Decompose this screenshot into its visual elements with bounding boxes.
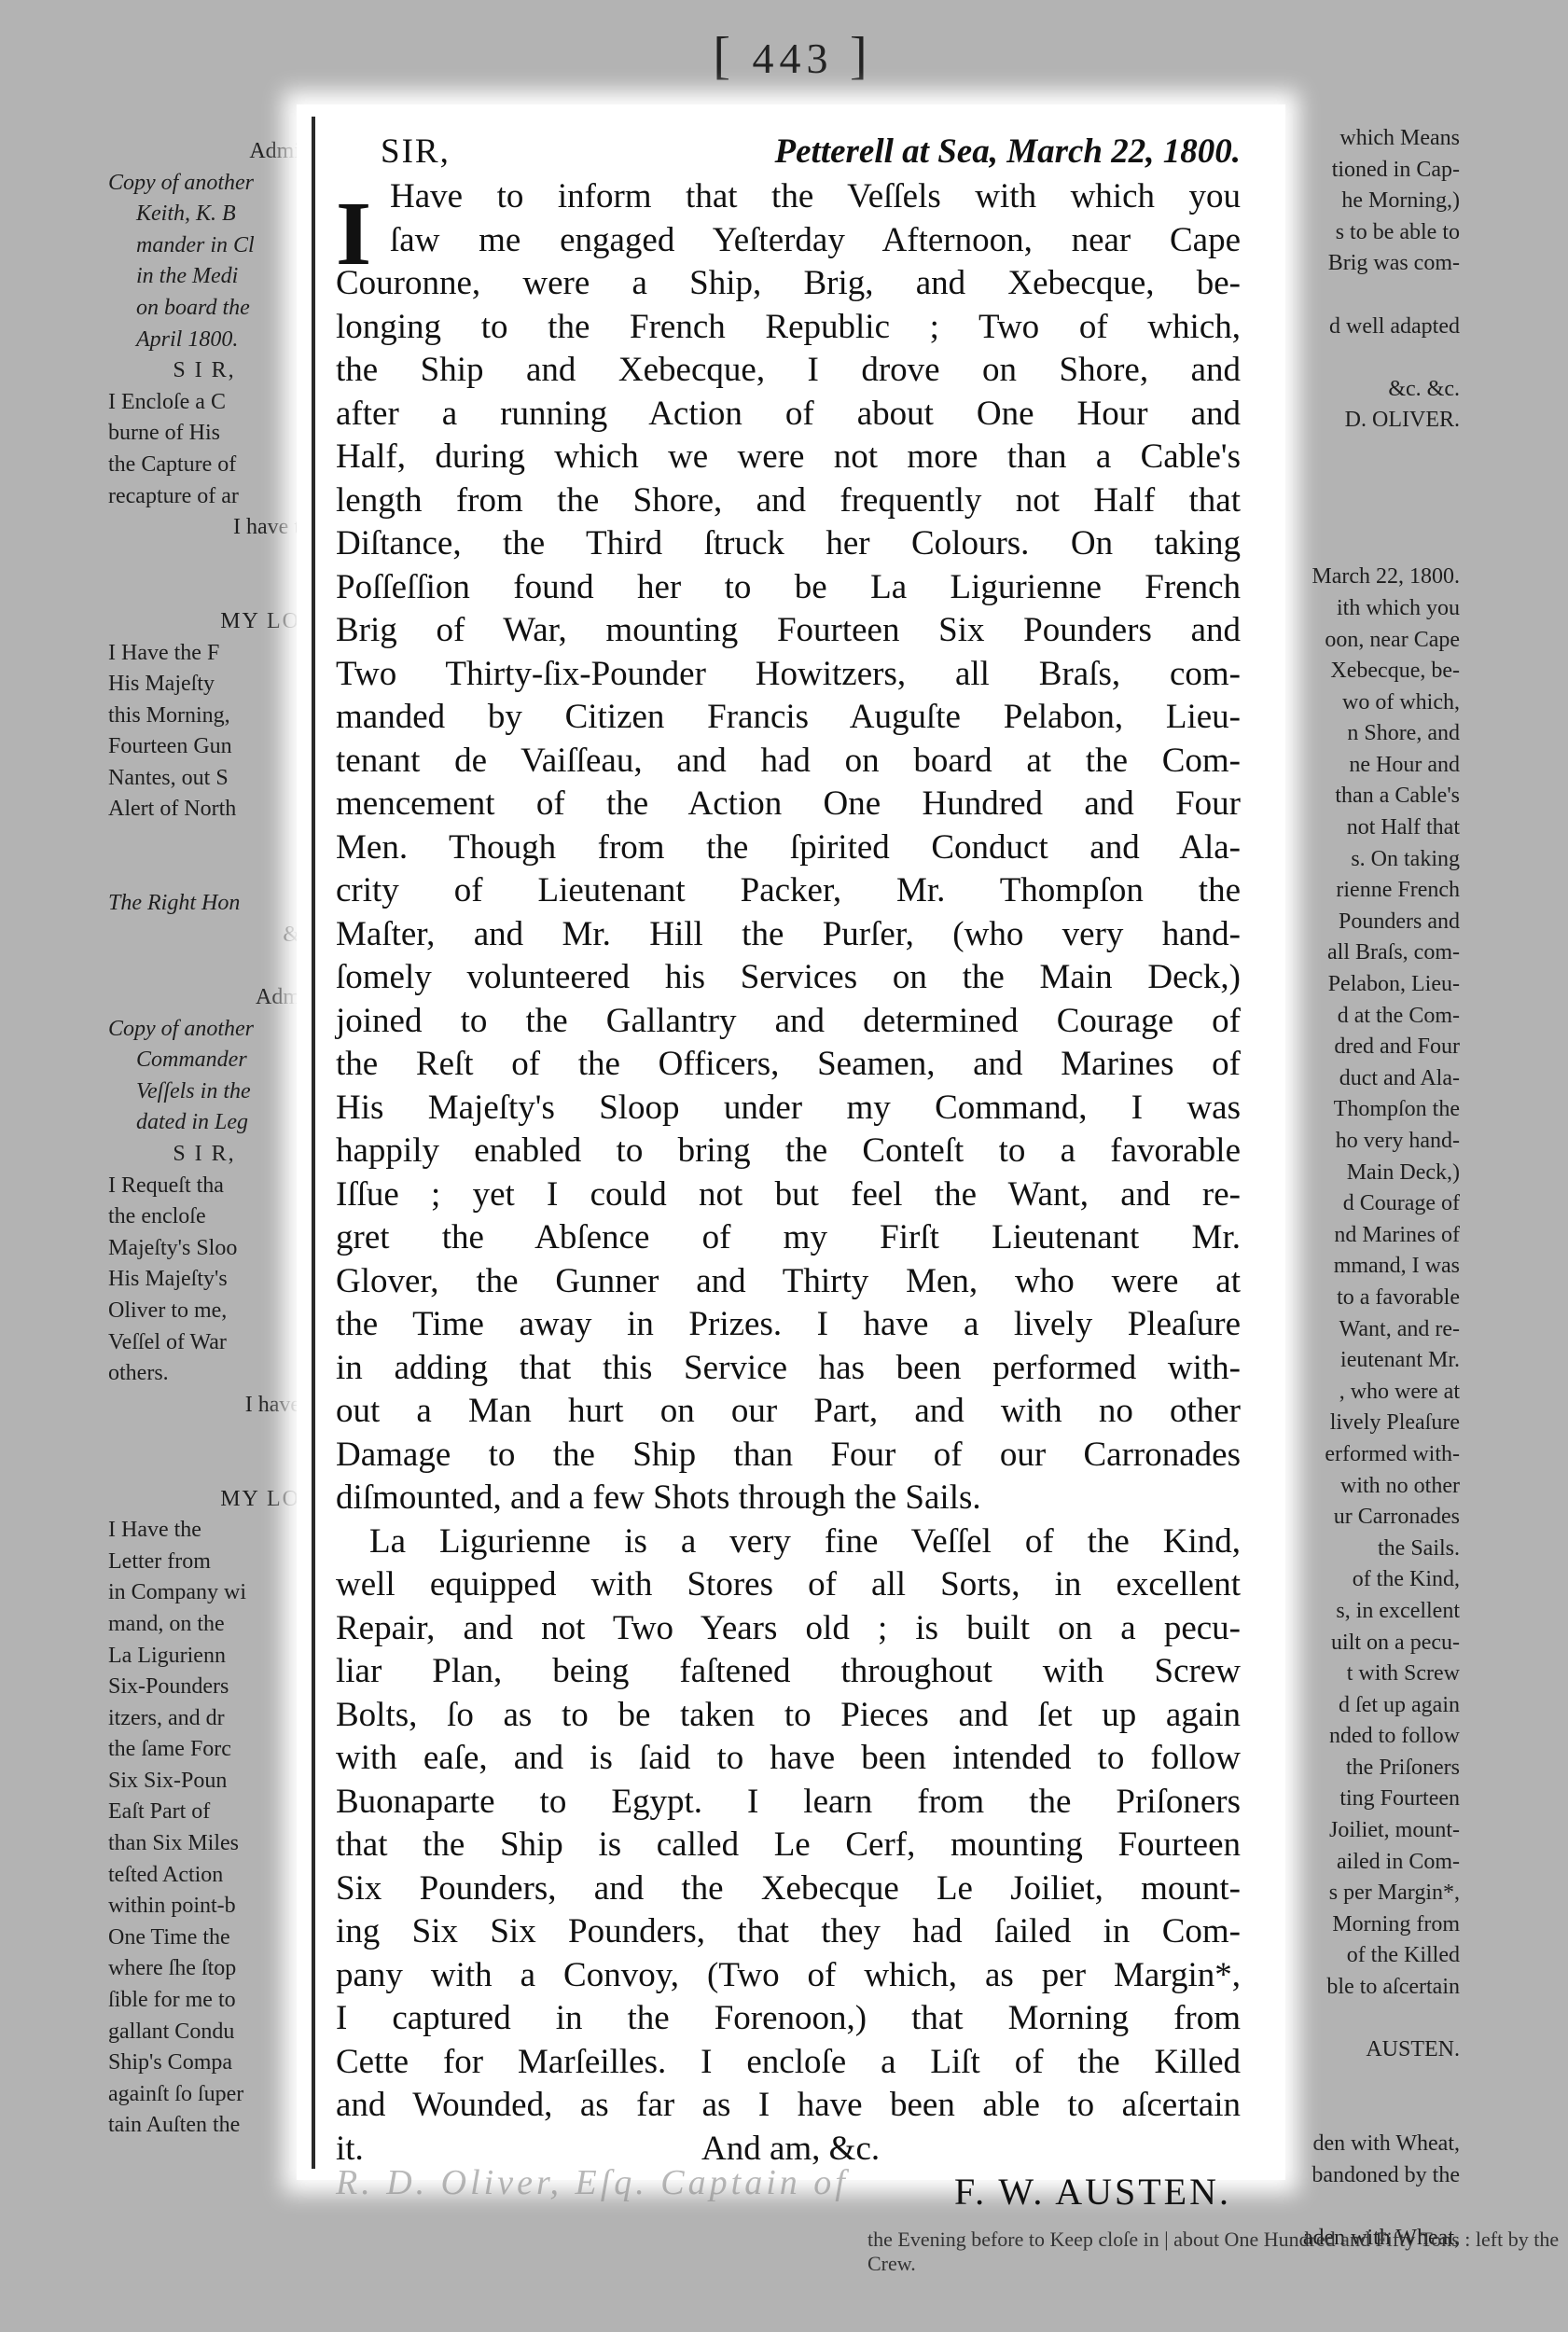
left-column-line: La Ligurienn [108,1641,300,1673]
right-column-line: not Half that [1264,812,1460,844]
right-column-line: AUSTEN. [1264,2034,1460,2066]
left-column-line: againſt ſo ſuper [108,2079,300,2111]
right-column-line: rienne French [1264,875,1460,907]
right-column-line [1264,499,1460,531]
letter-body: Have to inform that the Veſſels with whi… [336,175,1241,2128]
letter-line: gret the Abſence of my Firſt Lieutenant … [336,1216,1241,1260]
left-column-line: Fourteen Gun [108,731,300,763]
letter-line: ſomely volunteered his Services on the M… [336,956,1241,1000]
left-column-line: mander in Cl [108,230,300,262]
right-column-line: d ſet up again [1264,1690,1460,1722]
right-column-line: t with Screw [1264,1659,1460,1690]
austen-letter: SIR, Petterell at Sea, March 22, 1800. I… [336,131,1241,2217]
letter-line: that the Ship is called Le Cerf, mountin… [336,1824,1241,1867]
left-column-line: I Have the [108,1515,300,1547]
left-column-line: ſible for me to [108,1985,300,2017]
left-column-line: I Encloſe a C [108,387,300,419]
left-column-line [108,951,300,982]
right-column-text: which Meanstioned in Cap-he Morning,)s t… [1264,123,1460,2254]
letter-header: SIR, Petterell at Sea, March 22, 1800. [336,131,1241,175]
letter-line: out a Man hurt on our Part, and with no … [336,1390,1241,1434]
left-column-line: I Have the F [108,638,300,670]
right-column-line: s per Margin*, [1264,1878,1460,1909]
left-column-line: Admi [108,136,300,168]
letter-line: ing Six Six Pounders, that they had ſail… [336,1910,1241,1954]
right-column-line: ne Hour and [1264,750,1460,782]
dateline: Petterell at Sea, March 22, 1800. [775,131,1241,175]
right-column-line: he Morning,) [1264,186,1460,217]
letter-line: Poſſeſſion found her to be La Ligurienne… [336,566,1241,610]
left-column-line: MY LO [108,606,300,638]
letter-line: in adding that this Service has been per… [336,1347,1241,1391]
right-column-line: den with Wheat, [1264,2129,1460,2160]
letter-line: pany with a Convoy, (Two of which, as pe… [336,1954,1241,1998]
left-column-line: His Majeſty [108,669,300,701]
letter-line: Repair, and not Two Years old ; is built… [336,1607,1241,1651]
letter-line: His Majeſty's Sloop under my Command, I … [336,1087,1241,1131]
right-column-line: to a favorable [1264,1283,1460,1314]
letter-line: Bolts, ſo as to be taken to Pieces and ſ… [336,1694,1241,1738]
letter-line: Damage to the Ship than Four of our Carr… [336,1434,1241,1478]
left-column-line: Six-Pounders [108,1672,300,1703]
left-column-line: than Six Miles [108,1828,300,1860]
letter-line: diſmounted, and a few Shots through the … [336,1477,1241,1520]
left-column-line: the ſame Forc [108,1734,300,1766]
letter-line: liar Plan, being faſtened throughout wit… [336,1650,1241,1694]
right-column-line: Xebecque, be- [1264,656,1460,687]
letter-line: manded by Citizen Francis Auguſte Pelabo… [336,696,1241,740]
right-column-line: D. OLIVER. [1264,405,1460,437]
left-column-line: & [108,920,300,951]
right-column-line: with no other [1264,1471,1460,1503]
right-column-line [1264,531,1460,562]
left-column-line: Alert of North [108,794,300,826]
left-column-line: Copy of another [108,168,300,200]
right-column-line: which Means [1264,123,1460,155]
left-column-line: on board the [108,293,300,325]
letter-line: Couronne, were a Ship, Brig, and Xebecqu… [336,262,1241,306]
left-column-line: where ſhe ſtop [108,1953,300,1985]
right-column-line: duct and Ala- [1264,1063,1460,1095]
left-column-line: Veſſel of War [108,1327,300,1359]
left-column-line: April 1800. [108,325,300,356]
right-column-line: uilt on a pecu- [1264,1628,1460,1659]
letter-line: Half, during which we were not more than… [336,436,1241,479]
right-column-line: s to be able to [1264,217,1460,249]
right-column-line: , who were at [1264,1377,1460,1409]
left-column-text: AdmiCopy of anotherKeith, K. Bmander in … [108,136,300,2142]
right-column-line: of the Kind, [1264,1564,1460,1596]
left-column-line: Keith, K. B [108,199,300,230]
left-column-line: the encloſe [108,1201,300,1233]
right-column-line: ting Fourteen [1264,1784,1460,1815]
letter-line: Buonaparte to Egypt. I learn from the Pr… [336,1781,1241,1825]
right-column-line: mmand, I was [1264,1251,1460,1283]
bracket-open: [ [713,27,736,85]
letter-line: the Time away in Prizes. I have a lively… [336,1303,1241,1347]
drop-cap: I [336,192,371,276]
left-column-line [108,544,300,576]
footnote-strip: the Evening before to Keep cloſe in | ab… [867,2228,1568,2276]
right-column-line: ieutenant Mr. [1264,1345,1460,1377]
left-column-line: Nantes, out S [108,763,300,795]
right-column-line: March 22, 1800. [1264,562,1460,593]
left-column-line [108,826,300,857]
right-column-line: Thompſon the [1264,1094,1460,1126]
letter-line: crity of Lieutenant Packer, Mr. Thompſon… [336,869,1241,913]
right-column-line: than a Cable's [1264,781,1460,812]
letter-line: the Ship and Xebecque, I drove on Shore,… [336,349,1241,393]
letter-line: Brig of War, mounting Fourteen Six Pound… [336,609,1241,653]
right-column-line: s, in excellent [1264,1596,1460,1628]
left-column-line: Oliver to me, [108,1296,300,1327]
letter-line: Diſtance, the Third ſtruck her Colours. … [336,522,1241,566]
right-column-line [1264,2191,1460,2223]
right-column-line: Morning from [1264,1909,1460,1941]
letter-line: ſaw me engaged Yeſterday Afternoon, near… [336,219,1241,263]
left-column-line [108,1452,300,1484]
right-column-line [1264,2066,1460,2098]
right-column-line: ho very hand- [1264,1126,1460,1158]
letter-line: Six Pounders, and the Xebecque Le Joilie… [336,1867,1241,1911]
left-column-line [108,857,300,889]
right-column-line: lively Pleaſure [1264,1408,1460,1439]
right-column-line: Pelabon, Lieu- [1264,969,1460,1001]
right-column-line: ble to aſcertain [1264,1972,1460,2004]
left-column-line: I have t [108,512,300,544]
letter-line: after a running Action of about One Hour… [336,393,1241,437]
left-column-line: itzers, and dr [108,1703,300,1735]
letter-line: Two Thirty-ſix-Pounder Howitzers, all Br… [336,653,1241,697]
right-column-line: the Priſoners [1264,1753,1460,1784]
right-column-line [1264,2097,1460,2129]
right-column-line: the Sails. [1264,1534,1460,1565]
left-column-line: burne of His [108,418,300,450]
right-column-line: d well adapted [1264,312,1460,343]
right-column-line: wo of which, [1264,687,1460,719]
right-column-line [1264,437,1460,468]
left-column-line: dated in Leg [108,1107,300,1139]
letter-line: Iſſue ; yet I could not but feel the Wan… [336,1173,1241,1217]
letter-line: I captured in the Forenoon,) that Mornin… [336,1997,1241,2041]
letter-line: mencement of the Action One Hundred and … [336,783,1241,826]
right-column-line: of the Killed [1264,1940,1460,1972]
right-column-line: Brig was com- [1264,248,1460,280]
right-column-line: ith which you [1264,593,1460,625]
left-column-line: within point-b [108,1891,300,1923]
page-number: [ 443 ] [672,26,914,86]
left-column-line: in the Medi [108,261,300,293]
letter-line: length from the Shore, and frequently no… [336,479,1241,523]
left-column-line: the Capture of [108,450,300,481]
right-column-line: erformed with- [1264,1439,1460,1471]
letter-line: happily enabled to bring the Conteſt to … [336,1130,1241,1173]
letter-line: Have to inform that the Veſſels with whi… [336,175,1241,219]
right-column-line: ailed in Com- [1264,1847,1460,1879]
right-column-line: Joiliet, mount- [1264,1815,1460,1847]
right-column-line: oon, near Cape [1264,625,1460,657]
left-column-line: One Time the [108,1923,300,1954]
left-column-line: gallant Condu [108,2017,300,2048]
right-column-line: s. On taking [1264,844,1460,876]
right-column-line: d at the Com- [1264,1001,1460,1033]
addressee-line: R. D. Oliver, Eſq. Captain of [336,2162,849,2203]
left-column-line: teſted Action [108,1860,300,1892]
column-divider-rule [312,117,315,2169]
left-column-line: I Requeſt tha [108,1171,300,1202]
right-column-line [1264,342,1460,374]
left-column-line [108,575,300,606]
right-column-line: bandoned by the [1264,2160,1460,2192]
right-column-line: n Shore, and [1264,718,1460,750]
left-column-line: in Company wi [108,1577,300,1609]
left-column-line: Letter from [108,1547,300,1578]
left-column-line: Veſſels in the [108,1076,300,1108]
page-number-value: 443 [753,35,834,82]
letter-line: joined to the Gallantry and determined C… [336,1000,1241,1044]
left-column-line: this Morning, [108,701,300,732]
letter-line: the Reſt of the Officers, Seamen, and Ma… [336,1043,1241,1087]
right-column-line: Want, and re- [1264,1314,1460,1346]
left-column-line: S I R, [108,355,300,387]
left-column-line: Adm [108,982,300,1014]
left-column-line: Majeſty's Sloo [108,1233,300,1265]
right-column-line [1264,468,1460,500]
left-column-line: I have [108,1390,300,1422]
right-column-line: d Courage of [1264,1188,1460,1220]
left-column-line: Eaſt Part of [108,1797,300,1828]
left-column-line: Copy of another [108,1014,300,1046]
left-column-line: others. [108,1358,300,1390]
right-column-line [1264,280,1460,312]
left-column-line: recapture of ar [108,481,300,513]
letter-line: Glover, the Gunner and Thirty Men, who w… [336,1260,1241,1304]
right-column-line: all Braſs, com- [1264,937,1460,969]
left-column-line: tain Auſten the [108,2110,300,2142]
letter-line: longing to the French Republic ; Two of … [336,306,1241,350]
right-column-line: ur Carronades [1264,1502,1460,1534]
right-column-line: Pounders and [1264,907,1460,938]
letter-line: Maſter, and Mr. Hill the Purſer, (who ve… [336,913,1241,957]
right-column-line: Main Deck,) [1264,1158,1460,1189]
left-column-line: The Right Hon [108,888,300,920]
left-column-line: His Majeſty's [108,1264,300,1296]
letter-line: La Ligurienne is a very fine Veſſel of t… [336,1520,1241,1564]
left-column-line: Ship's Compa [108,2047,300,2079]
left-column-line: MY LO [108,1484,300,1516]
letter-line: Cette for Marſeilles. I encloſe a Liſt o… [336,2041,1241,2085]
right-column-line: dred and Four [1264,1032,1460,1063]
left-column-line [108,1421,300,1452]
left-column-line: Commander [108,1045,300,1076]
right-column-line: &c. &c. [1264,374,1460,406]
right-column-line: nd Marines of [1264,1220,1460,1252]
right-column-line: nded to follow [1264,1721,1460,1753]
salutation: SIR, [336,131,451,175]
letter-line: and Wounded, as far as I have been able … [336,2084,1241,2128]
left-column-line: Six Six-Poun [108,1766,300,1798]
letter-line: tenant de Vaiſſeau, and had on board at … [336,740,1241,784]
letter-line: with eaſe, and is ſaid to have been inte… [336,1737,1241,1781]
right-column-line: tioned in Cap- [1264,155,1460,187]
left-column-line: mand, on the [108,1609,300,1641]
letter-line: well equipped with Stores of all Sorts, … [336,1563,1241,1607]
letter-line: Men. Though from the ſpirited Conduct an… [336,826,1241,870]
right-column-line [1264,2004,1460,2035]
left-column-line: S I R, [108,1139,300,1171]
bracket-close: ] [850,27,873,85]
